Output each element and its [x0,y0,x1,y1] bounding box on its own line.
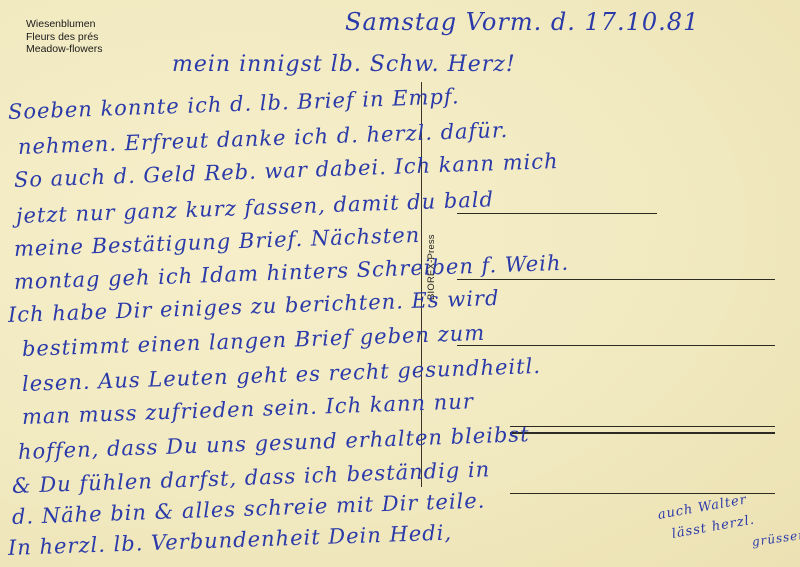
postcard-back: Wiesenblumen Fleurs des prés Meadow-flow… [0,0,800,567]
address-line-1 [457,213,657,214]
address-line-4 [510,426,775,427]
caption-german: Wiesenblumen [26,18,102,31]
handwritten-dateline: Samstag Vorm. d. 17.10.81 [345,8,699,36]
postcard-caption: Wiesenblumen Fleurs des prés Meadow-flow… [26,18,102,56]
handwritten-line: Soeben konnte ich d. lb. Brief in Empf. [8,84,460,124]
address-line-3 [457,345,775,346]
handwritten-line: bestimmt einen langen Brief geben zum [22,321,486,361]
address-line-2 [457,279,775,280]
handwritten-postscript: grüssen [751,527,800,549]
handwritten-line: man muss zufrieden sein. Ich kann nur [22,389,475,429]
handwritten-line: meine Bestätigung Brief. Nächsten [14,223,421,261]
handwritten-line: Ich habe Dir einiges zu berichten. Es wi… [8,286,500,327]
handwritten-line: jetzt nur ganz kurz fassen, damit du bal… [16,187,495,228]
handwritten-salutation: mein innigst lb. Schw. Herz! [172,52,516,77]
caption-english: Meadow-flowers [26,43,102,56]
caption-french: Fleurs des prés [26,31,102,44]
address-line-4-double [510,432,775,434]
